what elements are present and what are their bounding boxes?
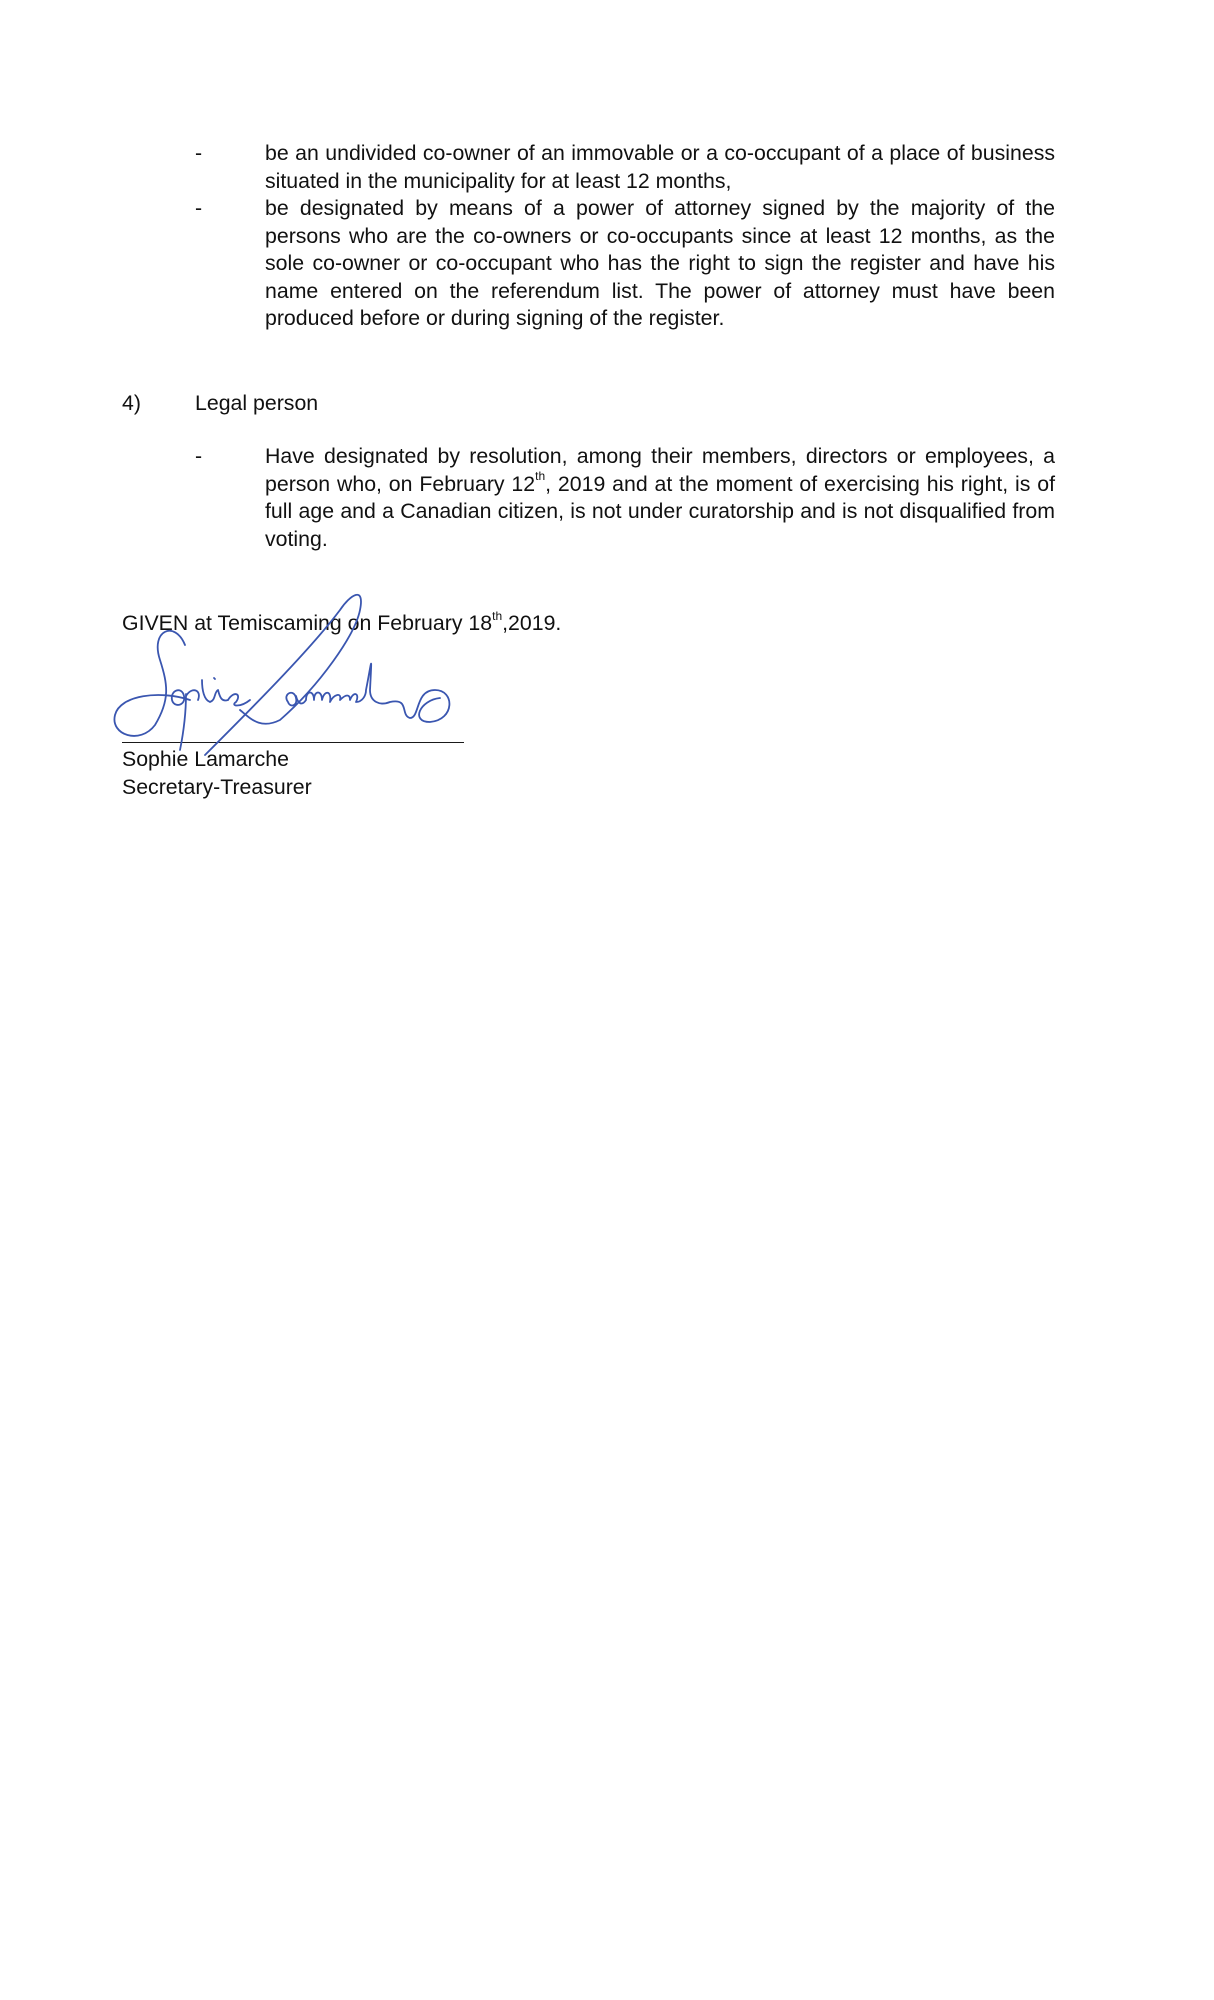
- list-item: - Have designated by resolution, among t…: [195, 443, 1055, 553]
- bullet-dash: -: [195, 195, 265, 333]
- signer-name: Sophie Lamarche: [122, 746, 312, 774]
- legal-person-conditions-list: - Have designated by resolution, among t…: [195, 443, 1055, 553]
- co-owner-conditions-list: - be an undivided co-owner of an immovab…: [195, 140, 1055, 333]
- text-part: ,2019.: [502, 611, 561, 635]
- bullet-text: Have designated by resolution, among the…: [265, 443, 1055, 553]
- given-statement: GIVEN at Temiscaming on February 18th,20…: [122, 610, 561, 638]
- text-part: GIVEN at Temiscaming on February 18: [122, 611, 492, 635]
- bullet-text: be an undivided co-owner of an immovable…: [265, 140, 1055, 195]
- section-title: Legal person: [195, 390, 318, 418]
- signer-title: Secretary-Treasurer: [122, 774, 312, 802]
- signer-block: Sophie Lamarche Secretary-Treasurer: [122, 746, 312, 801]
- ordinal-suffix: th: [492, 609, 502, 623]
- section-number: 4): [122, 390, 195, 418]
- list-item: - be designated by means of a power of a…: [195, 195, 1055, 333]
- signature-line: [122, 742, 464, 743]
- bullet-dash: -: [195, 443, 265, 553]
- document-page: - be an undivided co-owner of an immovab…: [0, 0, 1214, 2000]
- bullet-text: be designated by means of a power of att…: [265, 195, 1055, 333]
- section-heading: 4) Legal person: [122, 390, 318, 418]
- bullet-dash: -: [195, 140, 265, 195]
- list-item: - be an undivided co-owner of an immovab…: [195, 140, 1055, 195]
- ordinal-suffix: th: [535, 469, 545, 483]
